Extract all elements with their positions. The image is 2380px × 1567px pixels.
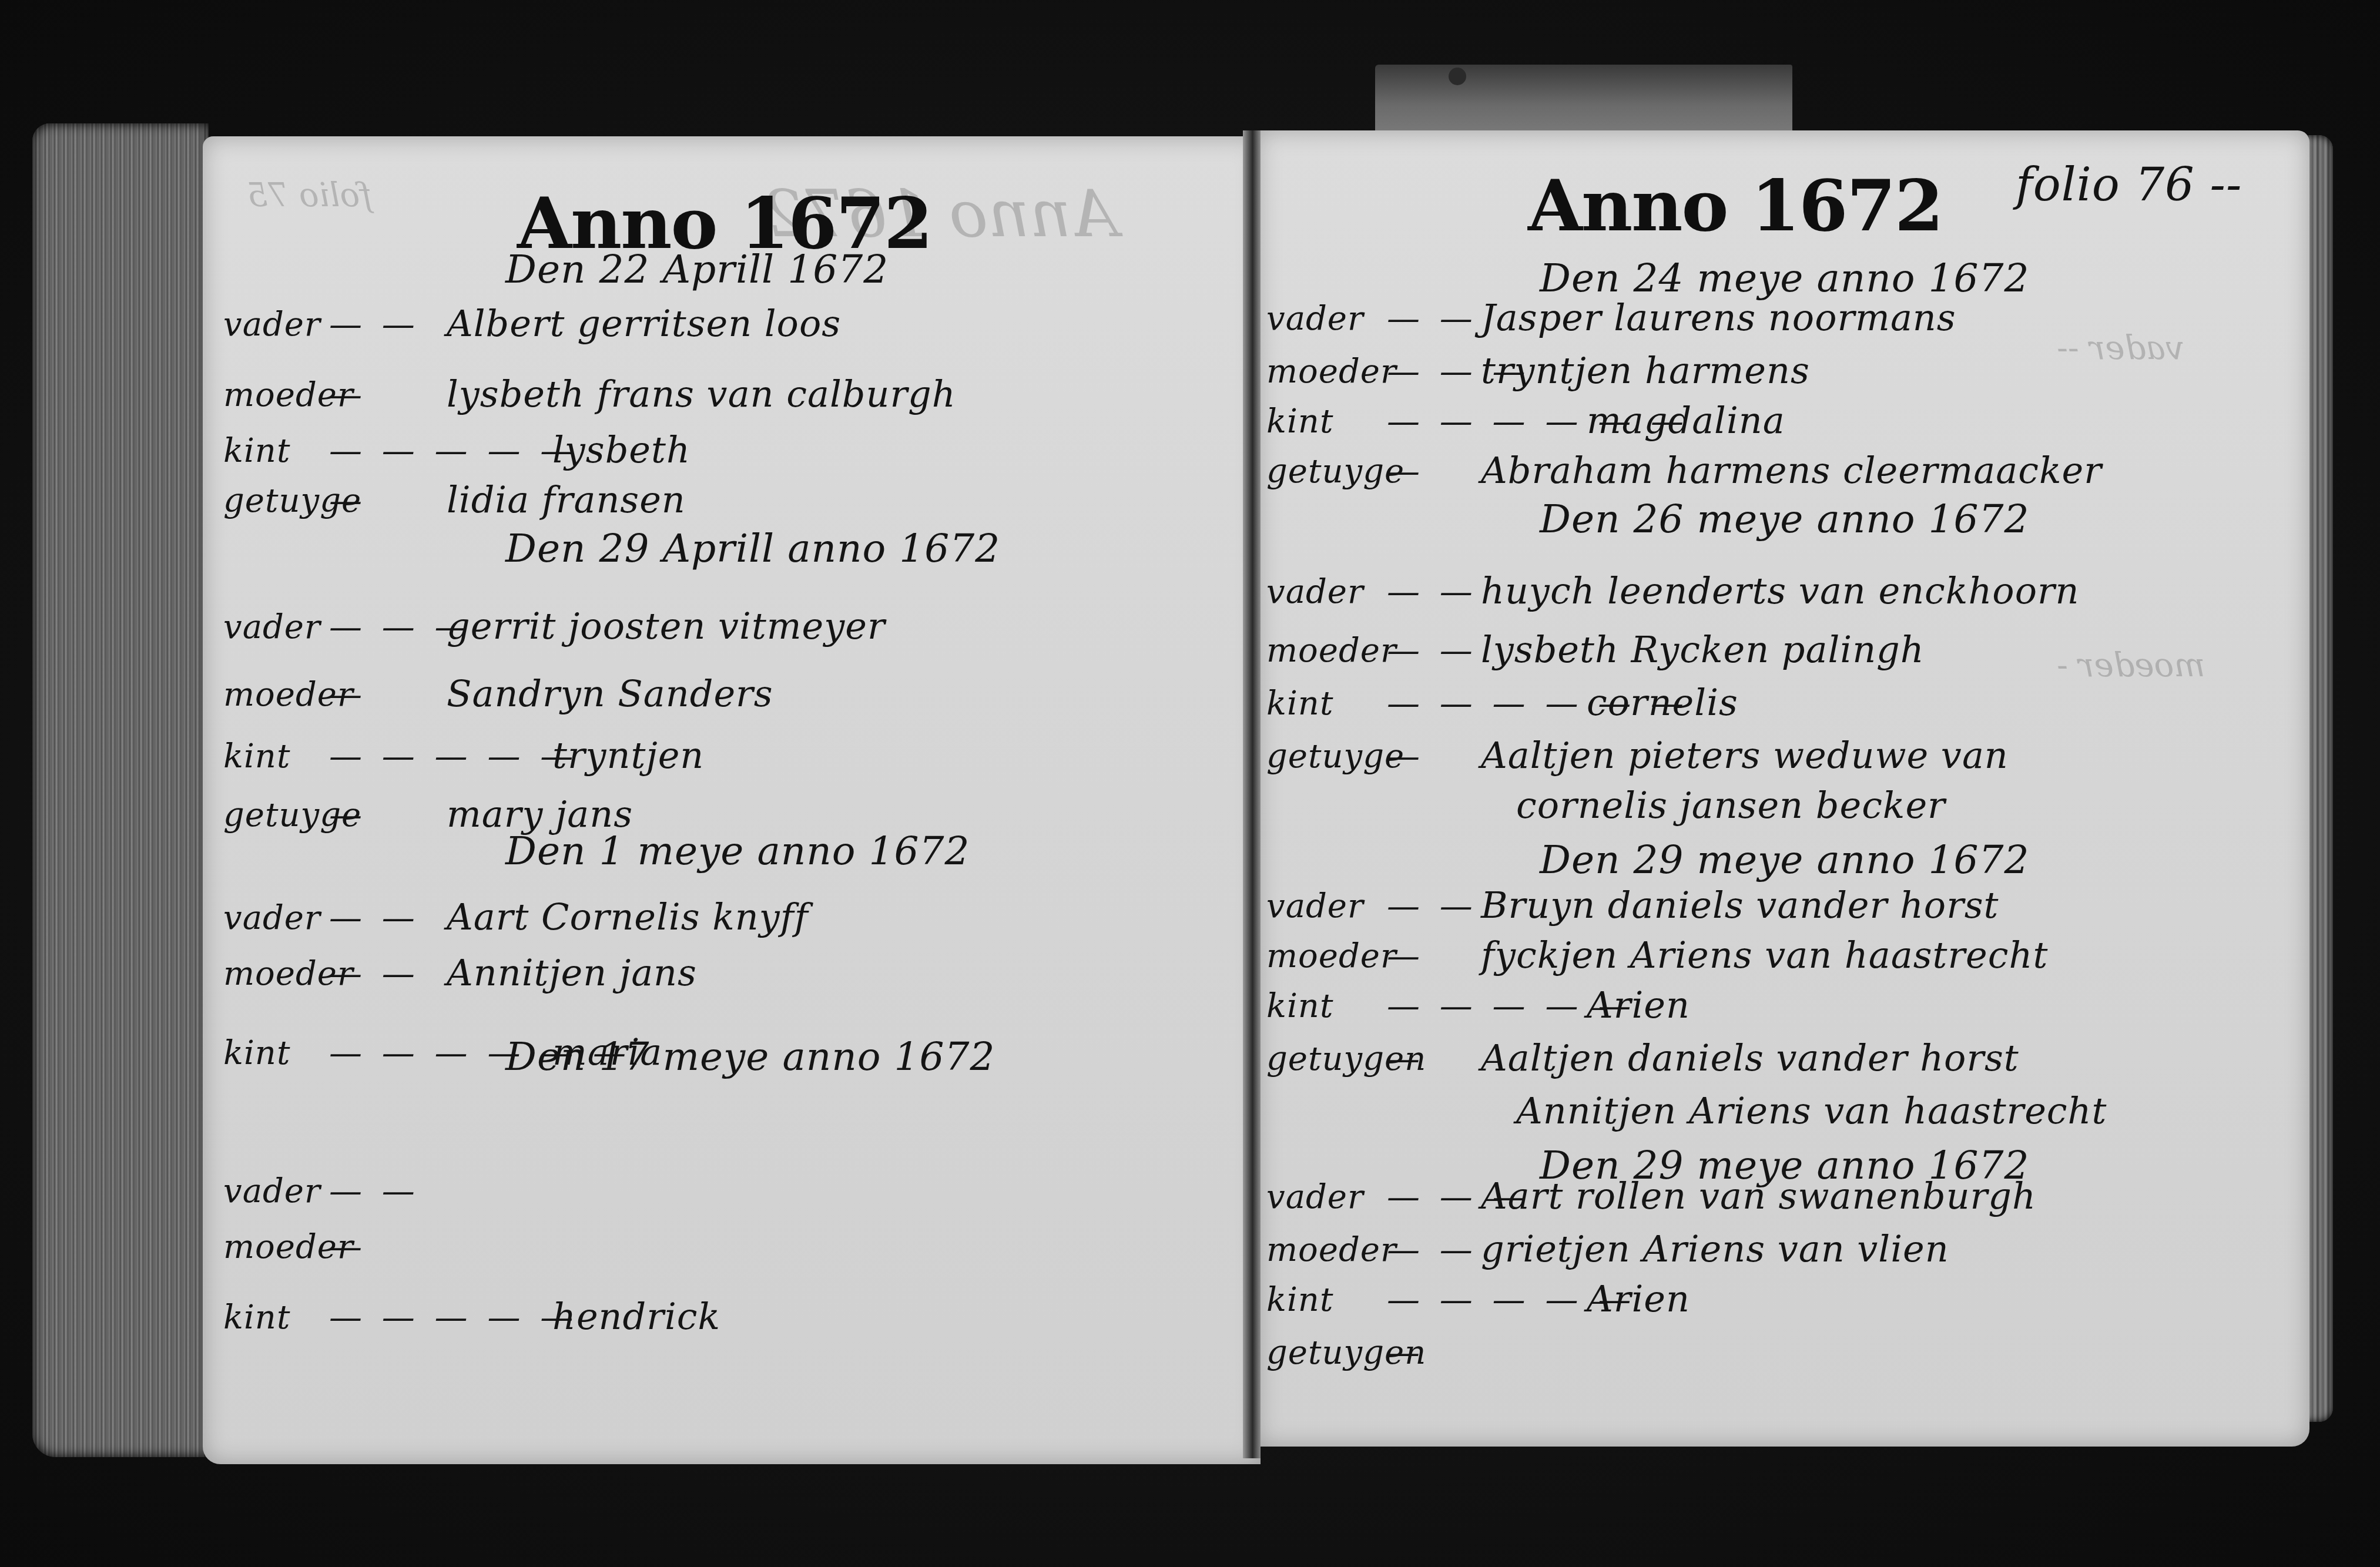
field-separator: —: [1387, 737, 1424, 776]
field-label: moeder: [1266, 937, 1397, 975]
field-value: Aaltjen pieters weduwe van: [1481, 734, 2009, 777]
field-separator: —: [329, 376, 367, 414]
field-value: Abraham harmens cleermaacker: [1481, 449, 2102, 492]
field-separator: — —: [329, 899, 420, 937]
field-separator: — —: [329, 955, 420, 993]
field-value: Jasper laurens noormans: [1481, 296, 1956, 339]
field-separator: — —: [1387, 573, 1477, 611]
field-separator: — —: [1387, 300, 1477, 338]
field-label: vader: [1266, 887, 1364, 925]
field-separator: — —: [329, 306, 420, 344]
field-label: kint: [1266, 402, 1333, 441]
field-label: kint: [1266, 1281, 1333, 1319]
field-value: Albert gerritsen loos: [447, 302, 841, 345]
bleed-through-folio: folio 75: [247, 176, 372, 214]
field-separator: — — — — —: [329, 1298, 578, 1337]
field-separator: —: [1387, 1334, 1424, 1372]
field-value: tryntjen harmens: [1481, 349, 1810, 392]
field-label: moeder: [1266, 632, 1397, 670]
field-separator: — —: [329, 1172, 420, 1210]
field-value: Aaltjen daniels vander horst: [1481, 1036, 2019, 1079]
entry-date: Den 17 meye anno 1672: [505, 1034, 995, 1079]
field-label: kint: [223, 1298, 290, 1337]
field-value: grietjen Ariens van vlien: [1481, 1227, 1949, 1270]
field-value: huych leenderts van enckhoorn: [1481, 569, 2080, 612]
field-separator: — —: [1387, 887, 1477, 925]
field-separator: —: [329, 482, 367, 520]
field-separator: —: [329, 796, 367, 834]
field-label: kint: [223, 737, 290, 776]
field-label: vader: [223, 608, 321, 646]
entry-date: Den 26 meye anno 1672: [1540, 496, 2029, 542]
field-value: lidia fransen: [447, 478, 686, 521]
folio-number: folio 76 --: [2016, 159, 2242, 212]
entry-date: Den 29 meye anno 1672: [1540, 837, 2029, 883]
field-label: kint: [1266, 987, 1333, 1025]
field-value: cornelis jansen becker: [1516, 784, 1946, 827]
field-value: fyckjen Ariens van haastrecht: [1481, 934, 2048, 977]
field-separator: —: [1387, 452, 1424, 491]
field-label: moeder: [1266, 1231, 1397, 1269]
field-value: Arien: [1587, 1277, 1690, 1320]
field-label: vader: [223, 899, 321, 937]
paper-slip-tab: [1375, 65, 1792, 138]
field-separator: — — — — —: [329, 432, 578, 470]
field-value: Aart Cornelis knyff: [447, 895, 809, 938]
field-value: cornelis: [1587, 681, 1738, 724]
bleed-through-text: moeder -: [2057, 646, 2205, 684]
entry-date: Den 24 meye anno 1672: [1540, 256, 2029, 301]
field-value: lysbeth Rycken palingh: [1481, 628, 1925, 671]
field-value: lysbeth frans van calburgh: [447, 373, 956, 415]
field-value: Aart rollen van swanenburgh: [1481, 1175, 2036, 1217]
field-label: kint: [223, 1034, 290, 1072]
field-label: getuyge: [1266, 452, 1404, 491]
field-value: Bruyn daniels vander horst: [1481, 884, 1999, 927]
right-page-header: Anno 1672: [1528, 165, 1942, 247]
field-label: vader: [223, 306, 321, 344]
field-value: Arien: [1587, 984, 1690, 1026]
field-value: hendrick: [552, 1295, 720, 1338]
field-label: getuyge: [1266, 737, 1404, 776]
field-value: Annitjen jans: [447, 951, 697, 994]
field-value: lysbeth: [552, 428, 690, 471]
field-value: Sandryn Sanders: [447, 672, 773, 715]
field-separator: —: [329, 676, 367, 714]
page-stack-left: [32, 123, 209, 1457]
field-label: vader: [1266, 573, 1364, 611]
field-separator: —: [1387, 937, 1424, 975]
ink-blot: [1449, 68, 1466, 85]
field-value: magdalina: [1587, 399, 1785, 442]
entry-date: Den 1 meye anno 1672: [505, 828, 970, 874]
field-value: Annitjen Ariens van haastrecht: [1516, 1089, 2107, 1132]
field-label: moeder: [1266, 353, 1397, 391]
entry-date: Den 29 Aprill anno 1672: [505, 526, 1000, 571]
bleed-through-text: vader --: [2057, 329, 2184, 367]
field-value: tryntjen: [552, 734, 704, 777]
book-gutter: [1243, 130, 1261, 1458]
field-separator: — —: [1387, 632, 1477, 670]
field-separator: —: [329, 1228, 367, 1266]
field-separator: — — — — —: [329, 737, 578, 776]
field-label: vader: [1266, 300, 1364, 338]
entry-date: Den 22 Aprill 1672: [505, 247, 889, 292]
field-label: kint: [223, 432, 290, 470]
field-separator: —: [1387, 1040, 1424, 1078]
field-separator: — —: [1387, 1231, 1477, 1269]
field-label: vader: [223, 1172, 321, 1210]
field-label: vader: [1266, 1178, 1364, 1216]
field-label: kint: [1266, 684, 1333, 723]
field-value: gerrit joosten vitmeyer: [447, 605, 886, 647]
